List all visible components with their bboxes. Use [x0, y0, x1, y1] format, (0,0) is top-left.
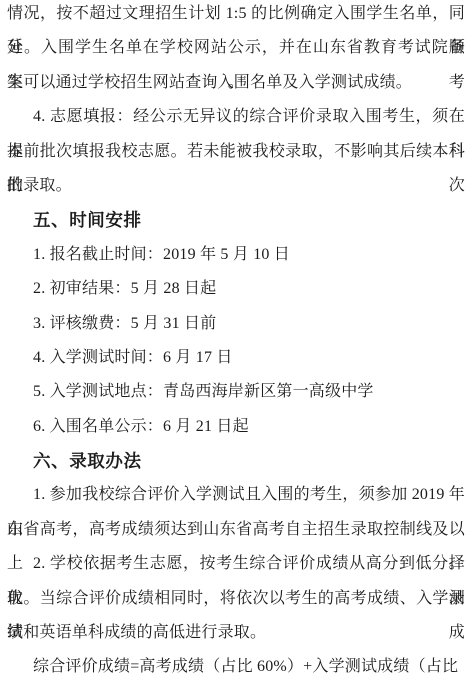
text-line: 取。当综合评价成绩相同时，将依次以考生的高考成绩、入学测试成	[7, 582, 465, 616]
document-page: 情况，按不超过文理招生计划 1:5 的比例确定入围学生名单，同分顺延。入围学生名…	[0, 0, 472, 683]
text-line: 1. 报名截止时间：2019 年 5 月 10 日	[7, 238, 465, 272]
text-line: 延。入围学生名单在学校网站公示，并在山东省教育考试院备案。考	[7, 31, 465, 65]
text-line: 2. 初审结果：5 月 28 日起	[7, 272, 465, 306]
text-line: 提前批次填报我校志愿。若未能被我校录取，不影响其后续本科批次	[7, 135, 465, 169]
text-line: 1. 参加我校综合评价入学测试且入围的考生，须参加 2019 年山	[7, 478, 465, 512]
document-body: 情况，按不超过文理招生计划 1:5 的比例确定入围学生名单，同分顺延。入围学生名…	[7, 0, 465, 683]
text-line: 4. 志愿填报：经公示无异议的综合评价录取入围考生，须在本科	[7, 100, 465, 134]
text-line: 东省高考，高考成绩须达到山东省高考自主招生录取控制线及以上。	[7, 513, 465, 547]
text-line: 6. 入围名单公示：6 月 21 日起	[7, 410, 465, 444]
text-line: 3. 评核缴费：5 月 31 日前	[7, 307, 465, 341]
text-line: 2. 学校依据考生志愿，按考生综合评价成绩从高分到低分择优录	[7, 547, 465, 581]
text-line: 4. 入学测试时间：6 月 17 日	[7, 341, 465, 375]
text-line: 情况，按不超过文理招生计划 1:5 的比例确定入围学生名单，同分顺	[7, 0, 465, 31]
section-heading: 五、时间安排	[7, 203, 465, 237]
text-line: 生可以通过学校招生网站查询入围名单及入学测试成绩。	[7, 66, 465, 100]
section-heading: 六、录取办法	[7, 444, 465, 478]
text-line: 5. 入学测试地点：青岛西海岸新区第一高级中学	[7, 375, 465, 409]
text-line: 综合评价成绩=高考成绩（占比 60%）+入学测试成绩（占比 30%）	[7, 650, 465, 683]
